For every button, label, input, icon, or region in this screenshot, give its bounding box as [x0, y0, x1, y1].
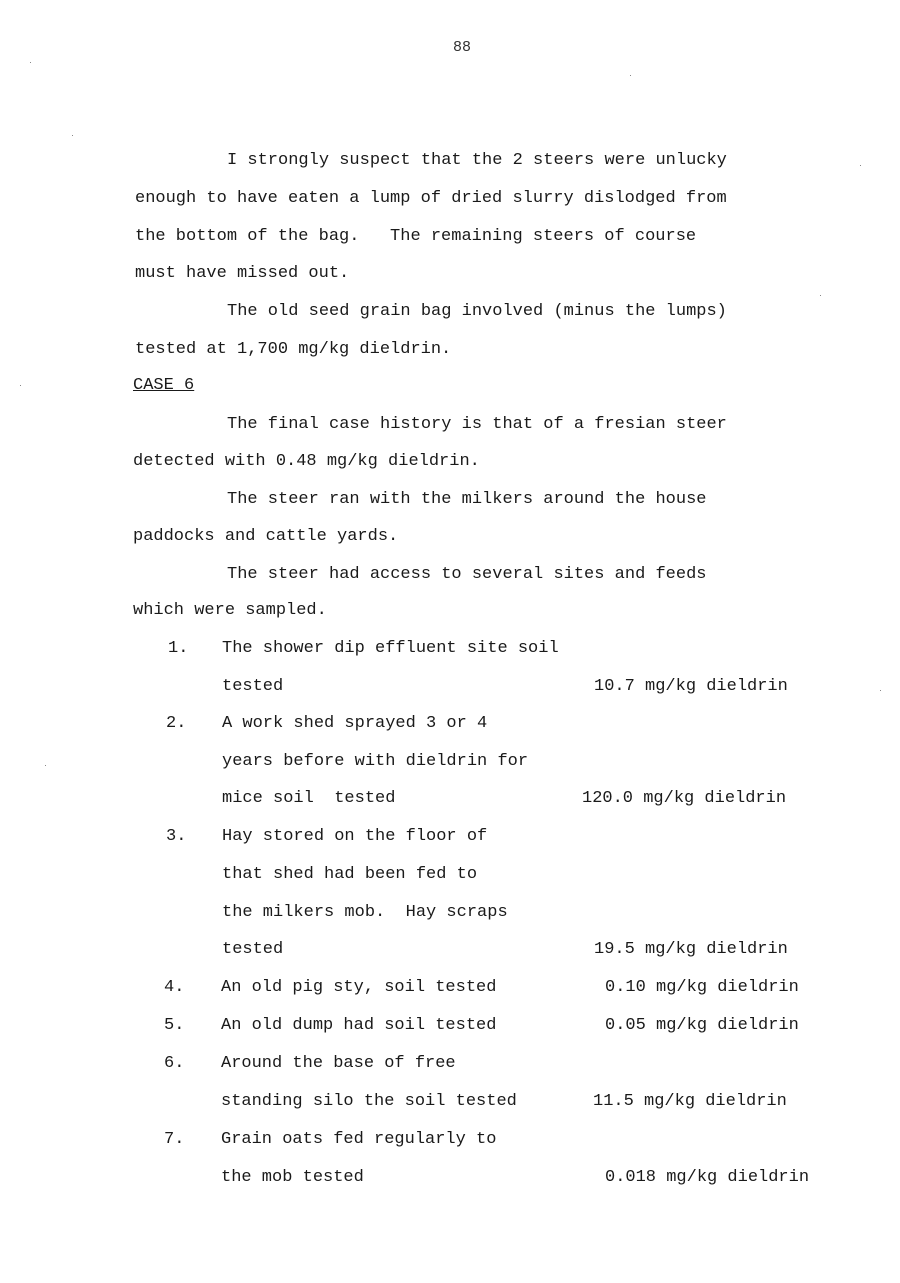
item-text: that shed had been fed to	[222, 865, 477, 885]
item-text: An old pig sty, soil tested	[221, 978, 496, 998]
item-text: tested	[222, 940, 283, 960]
scan-speck	[880, 690, 881, 691]
item-number: 6.	[164, 1054, 184, 1074]
item-number: 2.	[166, 714, 186, 734]
paragraph-line: The steer had access to several sites an…	[227, 565, 706, 585]
paragraph-line: detected with 0.48 mg/kg dieldrin.	[133, 452, 480, 472]
scan-speck	[45, 765, 46, 766]
scan-speck	[72, 135, 73, 136]
item-text: tested	[222, 677, 283, 697]
item-result: 120.0 mg/kg dieldrin	[582, 789, 786, 809]
page-number: 88	[453, 38, 471, 58]
item-text: A work shed sprayed 3 or 4	[222, 714, 487, 734]
case-heading: CASE 6	[133, 376, 194, 396]
item-text: An old dump had soil tested	[221, 1016, 496, 1036]
item-text: the milkers mob. Hay scraps	[222, 903, 508, 923]
scan-speck	[630, 75, 631, 76]
item-text: the mob tested	[221, 1168, 364, 1188]
item-text: mice soil tested	[222, 789, 395, 809]
item-number: 4.	[164, 978, 184, 998]
paragraph-line: The old seed grain bag involved (minus t…	[227, 302, 727, 322]
item-text: Around the base of free	[221, 1054, 456, 1074]
item-number: 7.	[164, 1130, 184, 1150]
item-result: 19.5 mg/kg dieldrin	[594, 940, 788, 960]
item-number: 1.	[168, 639, 188, 659]
scan-speck	[860, 165, 861, 166]
paragraph-line: I strongly suspect that the 2 steers wer…	[227, 151, 727, 171]
item-text: The shower dip effluent site soil	[222, 639, 559, 659]
paragraph-line: The final case history is that of a fres…	[227, 415, 727, 435]
item-result: 11.5 mg/kg dieldrin	[593, 1092, 787, 1112]
item-text: Hay stored on the floor of	[222, 827, 487, 847]
paragraph-line: enough to have eaten a lump of dried slu…	[135, 189, 727, 209]
paragraph-line: which were sampled.	[133, 601, 327, 621]
item-result: 0.10 mg/kg dieldrin	[605, 978, 799, 998]
item-result: 10.7 mg/kg dieldrin	[594, 677, 788, 697]
paragraph-line: The steer ran with the milkers around th…	[227, 490, 706, 510]
paragraph-line: the bottom of the bag. The remaining ste…	[135, 227, 696, 247]
item-text: standing silo the soil tested	[221, 1092, 517, 1112]
item-text: Grain oats fed regularly to	[221, 1130, 496, 1150]
paragraph-line: paddocks and cattle yards.	[133, 527, 398, 547]
item-result: 0.05 mg/kg dieldrin	[605, 1016, 799, 1036]
scan-speck	[20, 385, 21, 386]
item-number: 3.	[166, 827, 186, 847]
paragraph-line: tested at 1,700 mg/kg dieldrin.	[135, 340, 451, 360]
paragraph-line: must have missed out.	[135, 264, 349, 284]
item-result: 0.018 mg/kg dieldrin	[605, 1168, 809, 1188]
item-number: 5.	[164, 1016, 184, 1036]
scan-speck	[820, 295, 821, 296]
scan-speck	[30, 62, 31, 63]
item-text: years before with dieldrin for	[222, 752, 528, 772]
